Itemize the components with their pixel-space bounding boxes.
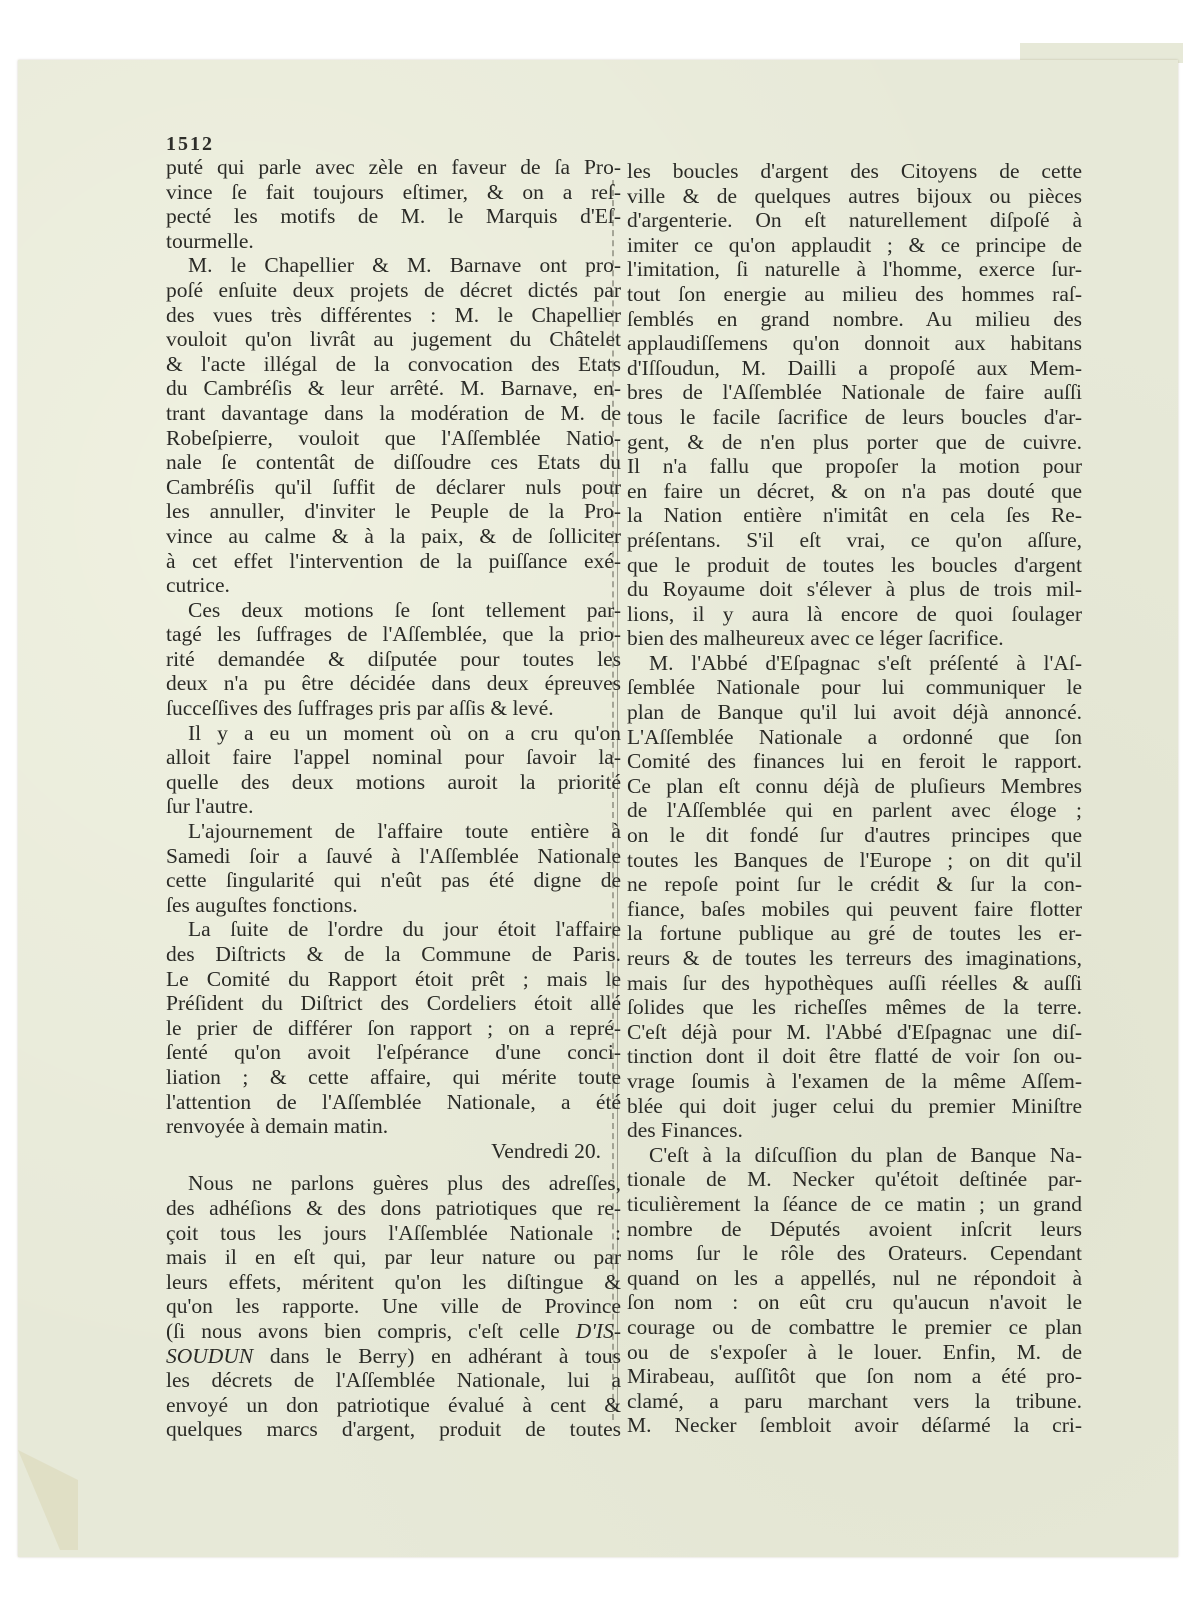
text-line: fiance, baſes mobiles qui peuvent faire … xyxy=(627,897,1082,922)
text-line: Préſident du Diſtrict des Cordeliers éto… xyxy=(166,991,621,1016)
text-line: ſemblée Nationale pour lui communiquer l… xyxy=(627,675,1082,700)
text-line: vince ſe fait toujours eſtimer, & on a r… xyxy=(166,180,621,205)
text-line: L'ajournement de l'affaire toute entière… xyxy=(166,819,621,844)
text-line: tinction dont il doit être flatté de voi… xyxy=(627,1044,1082,1069)
text-line: d'argenterie. On eſt naturellement diſpo… xyxy=(627,208,1082,233)
text-line: ſolides que les richeſſes mêmes de la te… xyxy=(627,995,1082,1020)
text-line: les boucles d'argent des Citoyens de cet… xyxy=(627,159,1082,184)
text-line: de l'Aſſemblée qui en parlent avec éloge… xyxy=(627,798,1082,823)
text-line: tionale de M. Necker qu'étoit deſtinée p… xyxy=(627,1167,1082,1192)
text-line: ticulièrement la ſéance de ce matin ; un… xyxy=(627,1192,1082,1217)
text-line: Le Comité du Rapport étoit prêt ; mais l… xyxy=(166,967,621,992)
text-line: tout ſon energie au milieu des hommes ra… xyxy=(627,282,1082,307)
text-line: qu'on les rapporte. Une ville de Provinc… xyxy=(166,1294,621,1319)
text-line: préſentans. S'il eſt vrai, ce qu'on aſſu… xyxy=(627,528,1082,553)
text-line: cutrice. xyxy=(166,573,621,598)
text-line: rité demandée & diſputée pour toutes les xyxy=(166,647,621,672)
text-line: M. Necker ſembloit avoir déſarmé la cri- xyxy=(627,1413,1082,1438)
text-line: nale ſe contentât de diſſoudre ces Etats… xyxy=(166,450,621,475)
text-line: des Finances. xyxy=(627,1118,1082,1143)
text-line: Ces deux motions ſe ſont tellement par- xyxy=(166,598,621,623)
text-line: l'imitation, ſi naturelle à l'homme, exe… xyxy=(627,257,1082,282)
text-line: quelques marcs d'argent, produit de tout… xyxy=(166,1417,621,1442)
text-line: clamé, a paru marchant vers la tribune. xyxy=(627,1389,1082,1414)
text-line: la Nation entière n'imitât en cela ſes R… xyxy=(627,503,1082,528)
text-line: ſenté qu'on avoit l'eſpérance d'une conc… xyxy=(166,1040,621,1065)
text-line: Mirabeau, auſſitôt que ſon nom a été pro… xyxy=(627,1364,1082,1389)
text-line: que le produit de toutes les boucles d'a… xyxy=(627,553,1082,578)
text-line: La ſuite de l'ordre du jour étoit l'affa… xyxy=(166,917,621,942)
text-line: poſé enſuite deux projets de décret dict… xyxy=(166,278,621,303)
text-line: ſur l'autre. xyxy=(166,794,621,819)
text-line: Nous ne parlons guères plus des adreſſes… xyxy=(166,1171,621,1196)
text-line: vouloit qu'on livrât au jugement du Chât… xyxy=(166,327,621,352)
text-line: M. l'Abbé d'Eſpagnac s'eſt préſenté à l'… xyxy=(627,651,1082,676)
text-line: des adhéſions & des dons patriotiques qu… xyxy=(166,1196,621,1221)
text-line: bres de l'Aſſemblée Nationale de faire a… xyxy=(627,380,1082,405)
text-line: C'eſt à la diſcuſſion du plan de Banque … xyxy=(627,1143,1082,1168)
page-number: 1512 xyxy=(166,133,214,156)
text-line: quelle des deux motions auroit la priori… xyxy=(166,770,621,795)
text-line: ſemblés en grand nombre. Au milieu des xyxy=(627,307,1082,332)
dateline: Vendredi 20. xyxy=(166,1139,621,1164)
text-line: applaudiſſemens qu'on donnoit aux habita… xyxy=(627,331,1082,356)
text-line: du Royaume doit s'élever à plus de trois… xyxy=(627,577,1082,602)
text-line: courage ou de combattre le premier ce pl… xyxy=(627,1315,1082,1340)
text-line: ou de s'expoſer à le louer. Enfin, M. de xyxy=(627,1340,1082,1365)
text-line: ſucceſſives des ſuffrages pris par aſſis… xyxy=(166,696,621,721)
text-line: leurs effets, méritent qu'on les diſting… xyxy=(166,1270,621,1295)
text-line: L'Aſſemblée Nationale a ordonné que ſon xyxy=(627,725,1082,750)
text-line: Robeſpierre, vouloit que l'Aſſemblée Nat… xyxy=(166,426,621,451)
text-line: du Cambréſis & leur arrêté. M. Barnave, … xyxy=(166,376,621,401)
text-line: vrage ſoumis à l'examen de la même Aſſem… xyxy=(627,1069,1082,1094)
text-line: d'Iſſoudun, M. Dailli a propoſé aux Mem- xyxy=(627,356,1082,381)
text-line: quand on les a appellés, nul ne répondoi… xyxy=(627,1266,1082,1291)
right-column: les boucles d'argent des Citoyens de cet… xyxy=(627,159,1082,1438)
text-line: mais il en eſt qui, par leur nature ou p… xyxy=(166,1245,621,1270)
text-line: en faire un décret, & on n'a pas douté q… xyxy=(627,479,1082,504)
text-line: cette ſingularité qui n'eût pas été dign… xyxy=(166,868,621,893)
text-line: Cambréſis qu'il ſuffit de déclarer nuls … xyxy=(166,475,621,500)
text-line: M. le Chapellier & M. Barnave ont pro- xyxy=(166,253,621,278)
text-line: imiter ce qu'on applaudit ; & ce princip… xyxy=(627,233,1082,258)
text-line: liation ; & cette affaire, qui mérite to… xyxy=(166,1065,621,1090)
text-line: mais ſur des hypothèques auſſi réelles &… xyxy=(627,971,1082,996)
text-line: les annuller, d'inviter le Peuple de la … xyxy=(166,499,621,524)
text-line: bien des malheureux avec ce léger ſacrif… xyxy=(627,626,1082,651)
text-line: alloit faire l'appel nominal pour ſavoir… xyxy=(166,745,621,770)
text-line: Comité des finances lui en feroit le rap… xyxy=(627,749,1082,774)
text-line: envoyé un don patriotique évalué à cent … xyxy=(166,1393,621,1418)
text-line: tourmelle. xyxy=(166,229,621,254)
text-line: des Diſtricts & de la Commune de Paris. xyxy=(166,942,621,967)
place-name: SOUDUN xyxy=(166,1344,253,1368)
text-line: pecté les motifs de M. le Marquis d'Eſ- xyxy=(166,204,621,229)
text-line: l'attention de l'Aſſemblée Nationale, a … xyxy=(166,1090,621,1115)
text-line: Ce plan eſt connu déjà de pluſieurs Memb… xyxy=(627,774,1082,799)
text-line: plan de Banque qu'il lui avoit déjà anno… xyxy=(627,700,1082,725)
text-line: blée qui doit juger celui du premier Min… xyxy=(627,1094,1082,1119)
text-line: ville & de quelques autres bijoux ou piè… xyxy=(627,184,1082,209)
text-line: nombre de Députés avoient inſcrit leurs xyxy=(627,1217,1082,1242)
text-line: vince au calme & à la paix, & de ſollici… xyxy=(166,524,621,549)
text-line: reurs & de toutes les terreurs des imagi… xyxy=(627,946,1082,971)
text-line: la fortune publique au gré de toutes les… xyxy=(627,921,1082,946)
text-line: ne repoſe point ſur le crédit & ſur la c… xyxy=(627,872,1082,897)
text-line: les décrets de l'Aſſemblée Nationale, lu… xyxy=(166,1368,621,1393)
text-line: & l'acte illégal de la convocation des E… xyxy=(166,352,621,377)
text-line: çoit tous les jours l'Aſſemblée National… xyxy=(166,1221,621,1246)
text-line: ſon nom : on eût cru qu'aucun n'avoit le xyxy=(627,1290,1082,1315)
text-line: (ſi nous avons bien compris, c'eſt celle… xyxy=(166,1319,621,1344)
text-line: à cet effet l'intervention de la puiſſan… xyxy=(166,549,621,574)
place-name: D'IS- xyxy=(576,1319,621,1343)
text-line: gent, & de n'en plus porter que de cuivr… xyxy=(627,430,1082,455)
text-line: Il n'a fallu que propoſer la motion pour xyxy=(627,454,1082,479)
text-line: tous le facile ſacrifice de leurs boucle… xyxy=(627,405,1082,430)
text-line: toutes les Banques de l'Europe ; on dit … xyxy=(627,848,1082,873)
text-line: lions, il y aura là encore de quoi ſoula… xyxy=(627,602,1082,627)
text-line: trant davantage dans la modération de M.… xyxy=(166,401,621,426)
text-line: tagé les ſuffrages de l'Aſſemblée, que l… xyxy=(166,622,621,647)
text-line: Il y a eu un moment où on a cru qu'on xyxy=(166,721,621,746)
text-line: on le dit fondé ſur d'autres principes q… xyxy=(627,823,1082,848)
text-line: C'eſt déjà pour M. l'Abbé d'Eſpagnac une… xyxy=(627,1020,1082,1045)
text-line: puté qui parle avec zèle en faveur de ſa… xyxy=(166,155,621,180)
left-column: puté qui parle avec zèle en faveur de ſa… xyxy=(166,155,621,1442)
text-line: renvoyée à demain matin. xyxy=(166,1114,621,1139)
text-line: noms ſur le rôle des Orateurs. Cependant xyxy=(627,1241,1082,1266)
text-line: ſes auguſtes fonctions. xyxy=(166,893,621,918)
text-line: deux n'a pu être décidée dans deux épreu… xyxy=(166,671,621,696)
text-line: le prier de différer ſon rapport ; on a … xyxy=(166,1016,621,1041)
text-line: des vues très différentes : M. le Chapel… xyxy=(166,303,621,328)
text-line: Samedi ſoir a ſauvé à l'Aſſemblée Nation… xyxy=(166,844,621,869)
text-line: SOUDUN dans le Berry) en adhérant à tous xyxy=(166,1344,621,1369)
